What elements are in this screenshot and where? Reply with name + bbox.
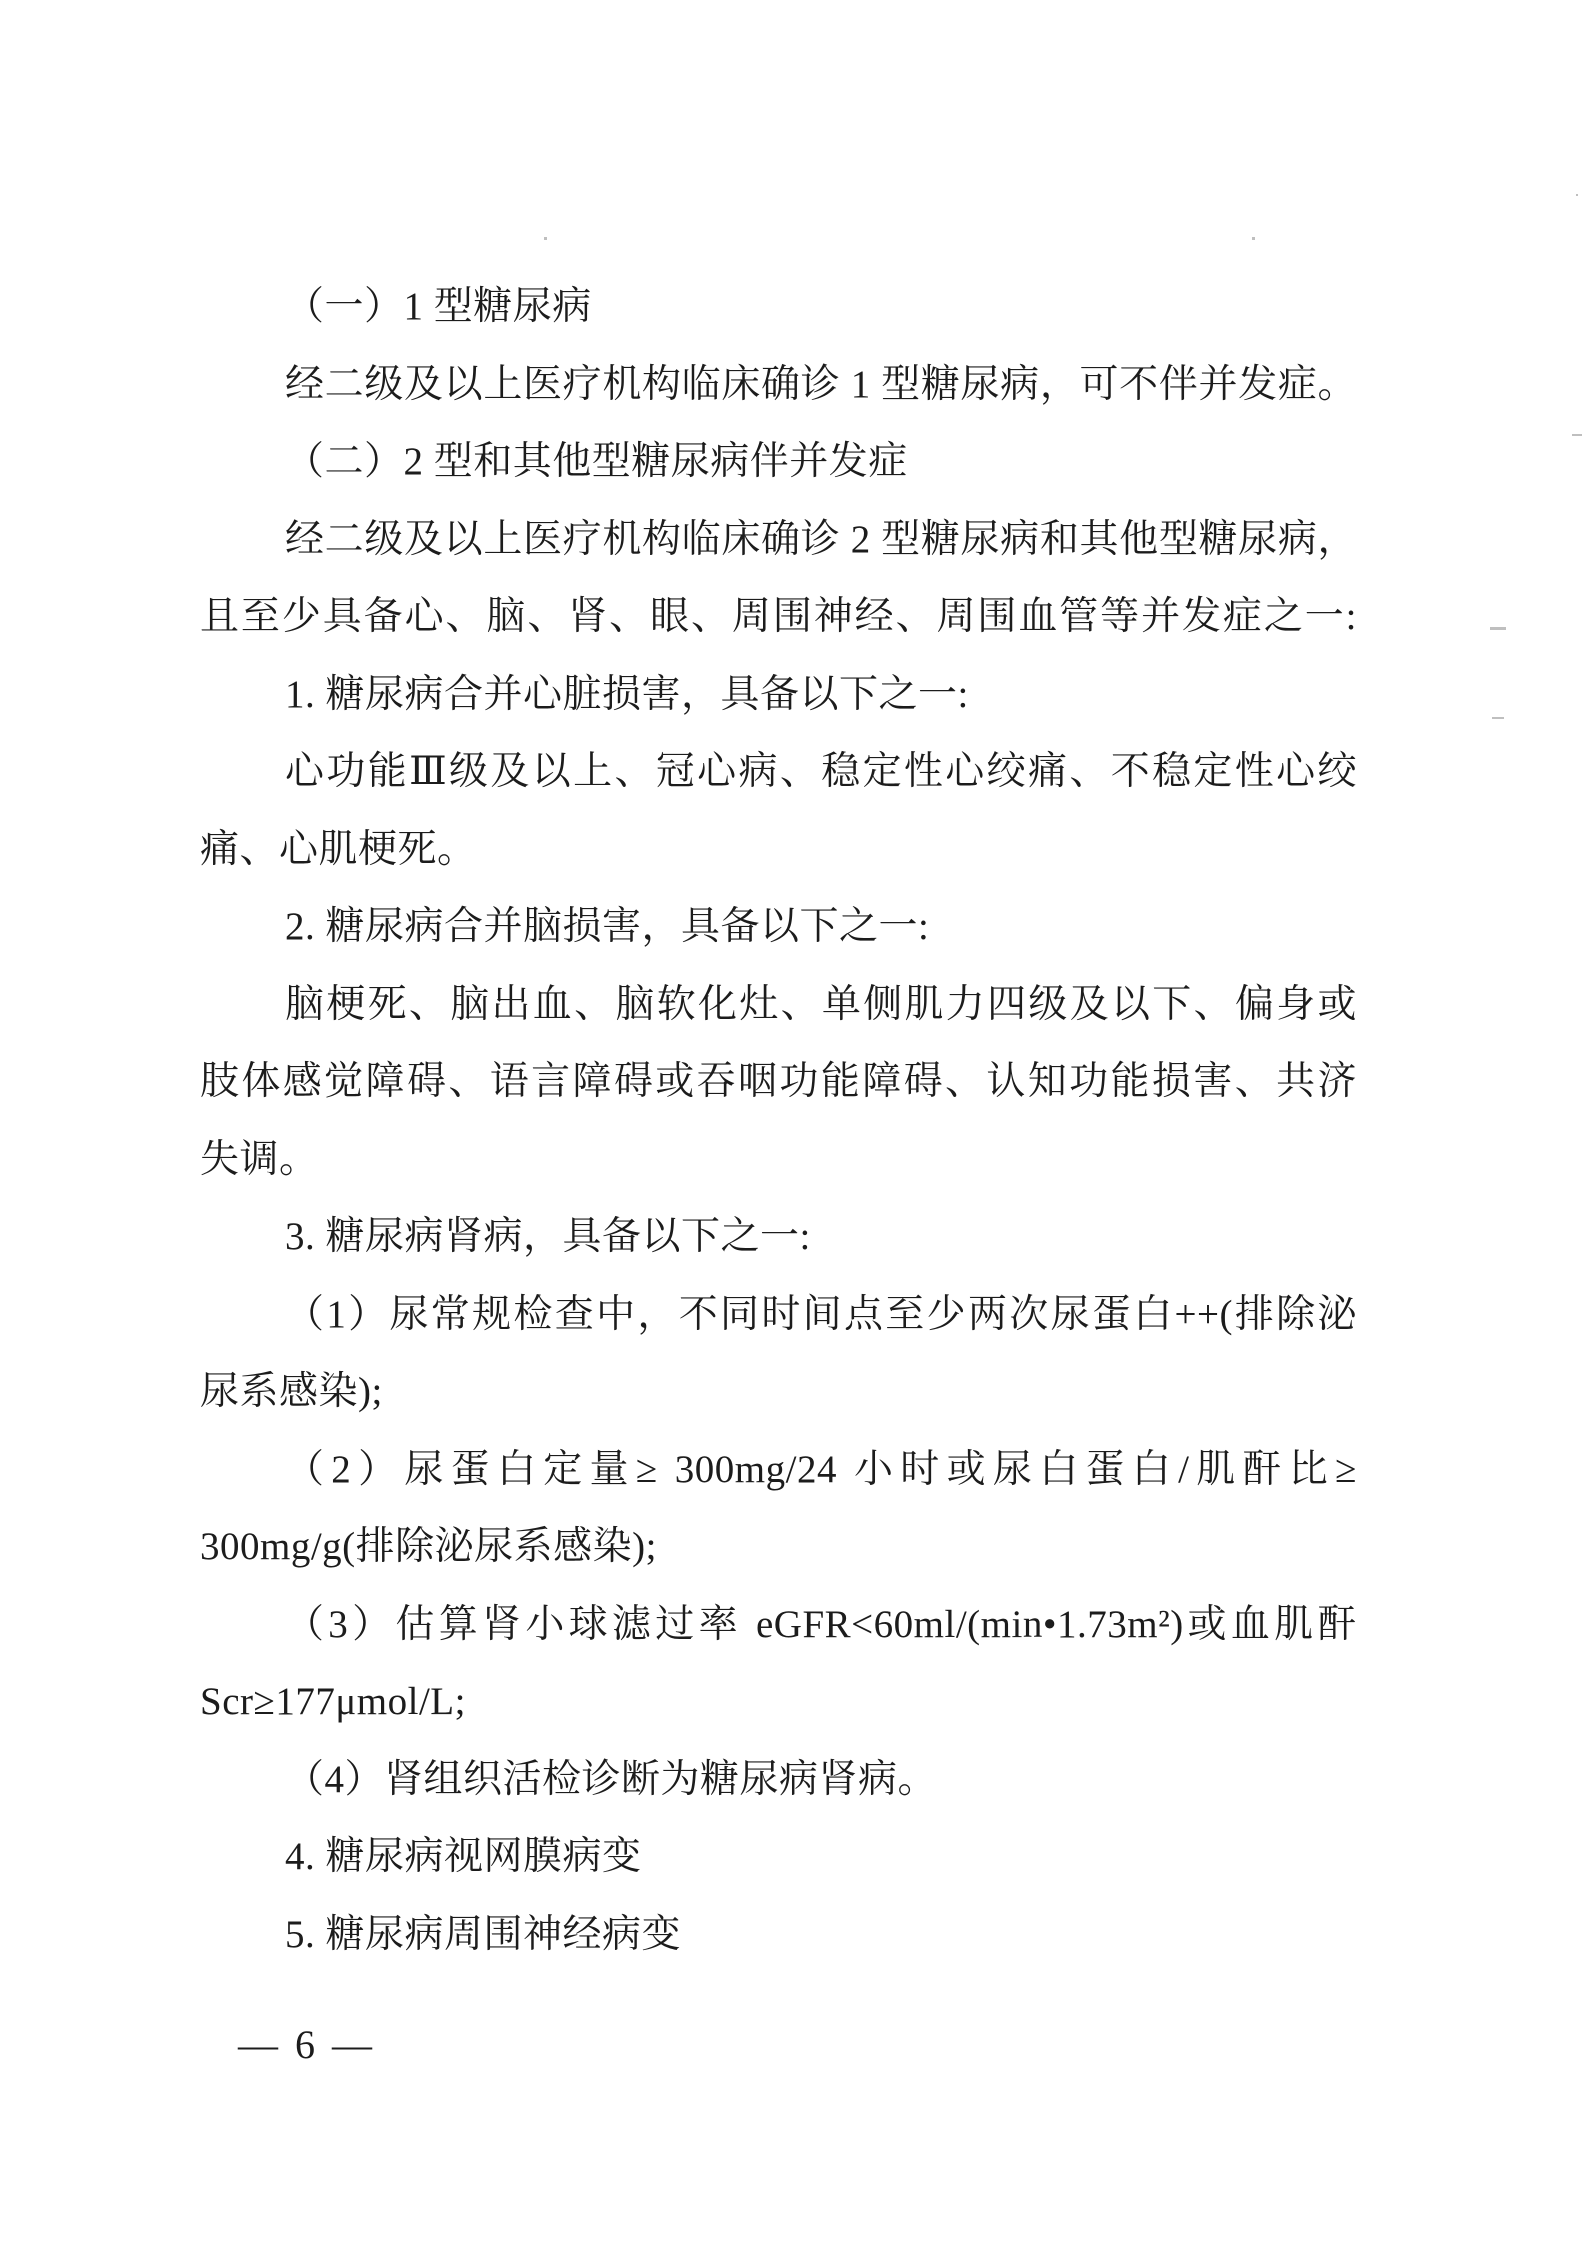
- text-line: 肢体感觉障碍、语言障碍或吞咽功能障碍、认知功能损害、共济: [200, 1058, 1357, 1106]
- text-line: Scr≥177μmol/L;: [200, 1678, 466, 1726]
- text-line: 且至少具备心、脑、肾、眼、周围神经、周围血管等并发症之一:: [200, 593, 1357, 641]
- text-line: 尿系感染);: [200, 1368, 383, 1416]
- scan-speck: [1576, 194, 1578, 196]
- text-line: （2）尿蛋白定量≥ 300mg/24 小时或尿白蛋白/肌酐比≥: [285, 1446, 1357, 1494]
- page-number: — 6 —: [238, 2021, 372, 2069]
- text-line: （一）1 型糖尿病: [285, 283, 592, 331]
- text-line: （二）2 型和其他型糖尿病伴并发症: [285, 438, 908, 486]
- text-line: 300mg/g(排除泌尿系感染);: [200, 1523, 657, 1571]
- text-line: 脑梗死、脑出血、脑软化灶、单侧肌力四级及以下、偏身或: [285, 981, 1357, 1029]
- text-line: （3）估算肾小球滤过率 eGFR<60ml/(min•1.73m²)或血肌酐: [285, 1601, 1357, 1649]
- text-line: 经二级及以上医疗机构临床确诊 1 型糖尿病，可不伴并发症。: [285, 361, 1357, 409]
- scan-dash: [1572, 434, 1582, 436]
- text-line: 痛、心肌梗死。: [200, 826, 477, 874]
- text-line: 5. 糖尿病周围神经病变: [285, 1911, 681, 1959]
- text-line: 3. 糖尿病肾病，具备以下之一:: [285, 1213, 811, 1261]
- text-line: 经二级及以上医疗机构临床确诊 2 型糖尿病和其他型糖尿病，: [285, 516, 1357, 564]
- document-page: （一）1 型糖尿病 经二级及以上医疗机构临床确诊 1 型糖尿病，可不伴并发症。 …: [0, 0, 1586, 2245]
- text-line: 4. 糖尿病视网膜病变: [285, 1833, 642, 1881]
- scan-speck: [544, 237, 547, 240]
- text-line: 失调。: [200, 1136, 319, 1184]
- text-line: 心功能Ⅲ级及以上、冠心病、稳定性心绞痛、不稳定性心绞: [285, 748, 1357, 796]
- text-line: （4）肾组织活检诊断为糖尿病肾病。: [285, 1756, 937, 1804]
- text-line: 1. 糖尿病合并心脏损害，具备以下之一:: [285, 671, 969, 719]
- text-line: （1）尿常规检查中，不同时间点至少两次尿蛋白++(排除泌: [285, 1291, 1357, 1339]
- scan-speck: [1252, 237, 1255, 240]
- scan-dash: [1492, 717, 1504, 719]
- text-line: 2. 糖尿病合并脑损害，具备以下之一:: [285, 903, 929, 951]
- scan-dash: [1490, 627, 1506, 630]
